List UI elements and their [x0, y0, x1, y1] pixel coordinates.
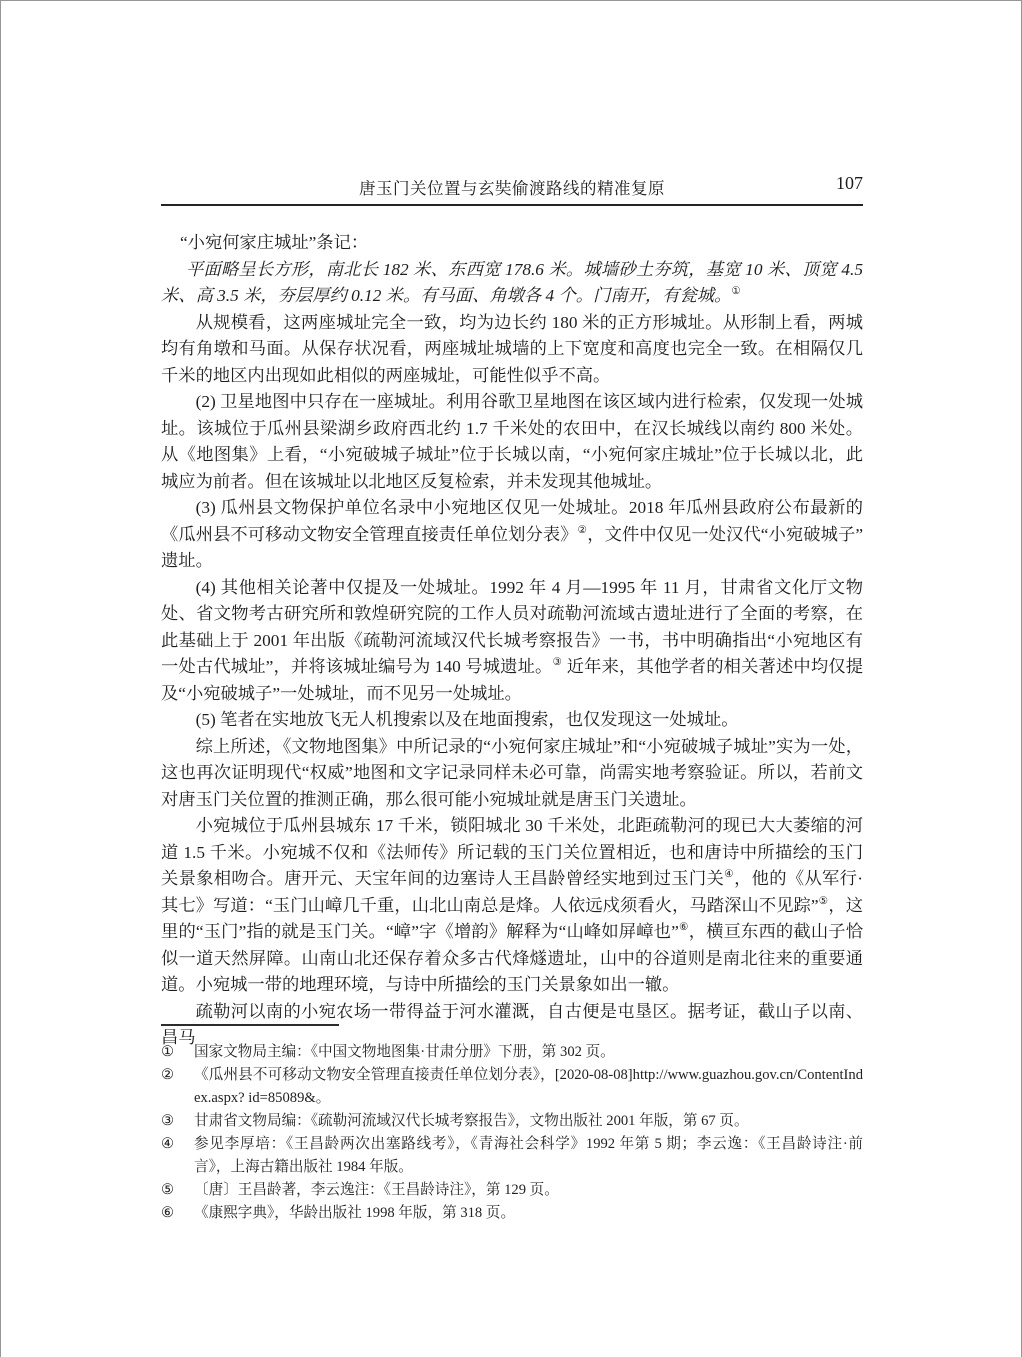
footnote-text: 《瓜州县不可移动文物安全管理直接责任单位划分表》，[2020-08-08]htt…: [194, 1067, 863, 1106]
blockquote-site-record: 平面略呈长方形，南北长 182 米、东西宽 178.6 米。城墙砂土夯筑，基宽 …: [161, 257, 863, 310]
body-paragraph: 从规模看，这两座城址完全一致，均为边长约 180 米的正方形城址。从形制上看，两…: [161, 310, 863, 390]
journal-page: 唐玉门关位置与玄奘偷渡路线的精准复原 107 “小宛何家庄城址”条记： 平面略呈…: [0, 0, 1022, 1357]
footnote-item: ③ 甘肃省文物局编：《疏勒河流域汉代长城考察报告》，文物出版社 2001 年版，…: [161, 1110, 863, 1133]
footnote-marker: ②: [161, 1064, 174, 1087]
body-paragraph: (2) 卫星地图中只存在一座城址。利用谷歌卫星地图在该区域内进行检索，仅发现一处…: [161, 389, 863, 495]
running-title: 唐玉门关位置与玄奘偷渡路线的精准复原: [161, 175, 863, 199]
footnote-text: 《康熙字典》，华龄出版社 1998 年版，第 318 页。: [194, 1205, 515, 1221]
footnote-marker: ①: [161, 1041, 174, 1064]
footnote-item: ④ 参见李厚培：《王昌龄两次出塞路线考》，《青海社会科学》1992 年第 5 期…: [161, 1133, 863, 1179]
body-paragraph: 综上所述，《文物地图集》中所记录的“小宛何家庄城址”和“小宛破城子城址”实为一处…: [161, 734, 863, 814]
footnote-item: ⑥ 《康熙字典》，华龄出版社 1998 年版，第 318 页。: [161, 1202, 863, 1225]
footnote-marker: ⑤: [161, 1179, 174, 1202]
body-paragraph: (3) 瓜州县文物保护单位名录中小宛地区仅见一处城址。2018 年瓜州县政府公布…: [161, 495, 863, 575]
footnote-marker: ③: [161, 1110, 174, 1133]
footnotes-list: ① 国家文物局主编：《中国文物地图集·甘肃分册》下册，第 302 页。 ② 《瓜…: [161, 1041, 863, 1225]
article-body: “小宛何家庄城址”条记： 平面略呈长方形，南北长 182 米、东西宽 178.6…: [161, 230, 863, 1052]
footnote-marker: ④: [161, 1133, 174, 1156]
footnote-text: 国家文物局主编：《中国文物地图集·甘肃分册》下册，第 302 页。: [194, 1044, 615, 1060]
footnote-text: 〔唐〕王昌龄著，李云逸注：《王昌龄诗注》，第 129 页。: [194, 1182, 559, 1198]
body-paragraph: (5) 笔者在实地放飞无人机搜索以及在地面搜索，也仅发现这一处城址。: [161, 707, 863, 734]
footnote-item: ① 国家文物局主编：《中国文物地图集·甘肃分册》下册，第 302 页。: [161, 1041, 863, 1064]
footnote-separator: [161, 1024, 339, 1026]
body-paragraph: (4) 其他相关论著中仅提及一处城址。1992 年 4 月—1995 年 11 …: [161, 575, 863, 708]
page-number: 107: [836, 173, 863, 194]
body-paragraph: 小宛城位于瓜州县城东 17 千米，锁阳城北 30 千米处，北距疏勒河的现已大大萎…: [161, 813, 863, 999]
footnote-text: 甘肃省文物局编：《疏勒河流域汉代长城考察报告》，文物出版社 2001 年版，第 …: [194, 1113, 749, 1129]
paragraph-lead: “小宛何家庄城址”条记：: [161, 230, 863, 257]
page-header: 唐玉门关位置与玄奘偷渡路线的精准复原 107: [161, 173, 863, 203]
footnote-text: 参见李厚培：《王昌龄两次出塞路线考》，《青海社会科学》1992 年第 5 期；李…: [194, 1136, 863, 1175]
paragraphs-container: 从规模看，这两座城址完全一致，均为边长约 180 米的正方形城址。从形制上看，两…: [161, 310, 863, 1052]
footnote-item: ⑤ 〔唐〕王昌龄著，李云逸注：《王昌龄诗注》，第 129 页。: [161, 1179, 863, 1202]
footnote-item: ② 《瓜州县不可移动文物安全管理直接责任单位划分表》，[2020-08-08]h…: [161, 1064, 863, 1110]
footnote-marker: ⑥: [161, 1202, 174, 1225]
header-rule: [161, 204, 863, 206]
